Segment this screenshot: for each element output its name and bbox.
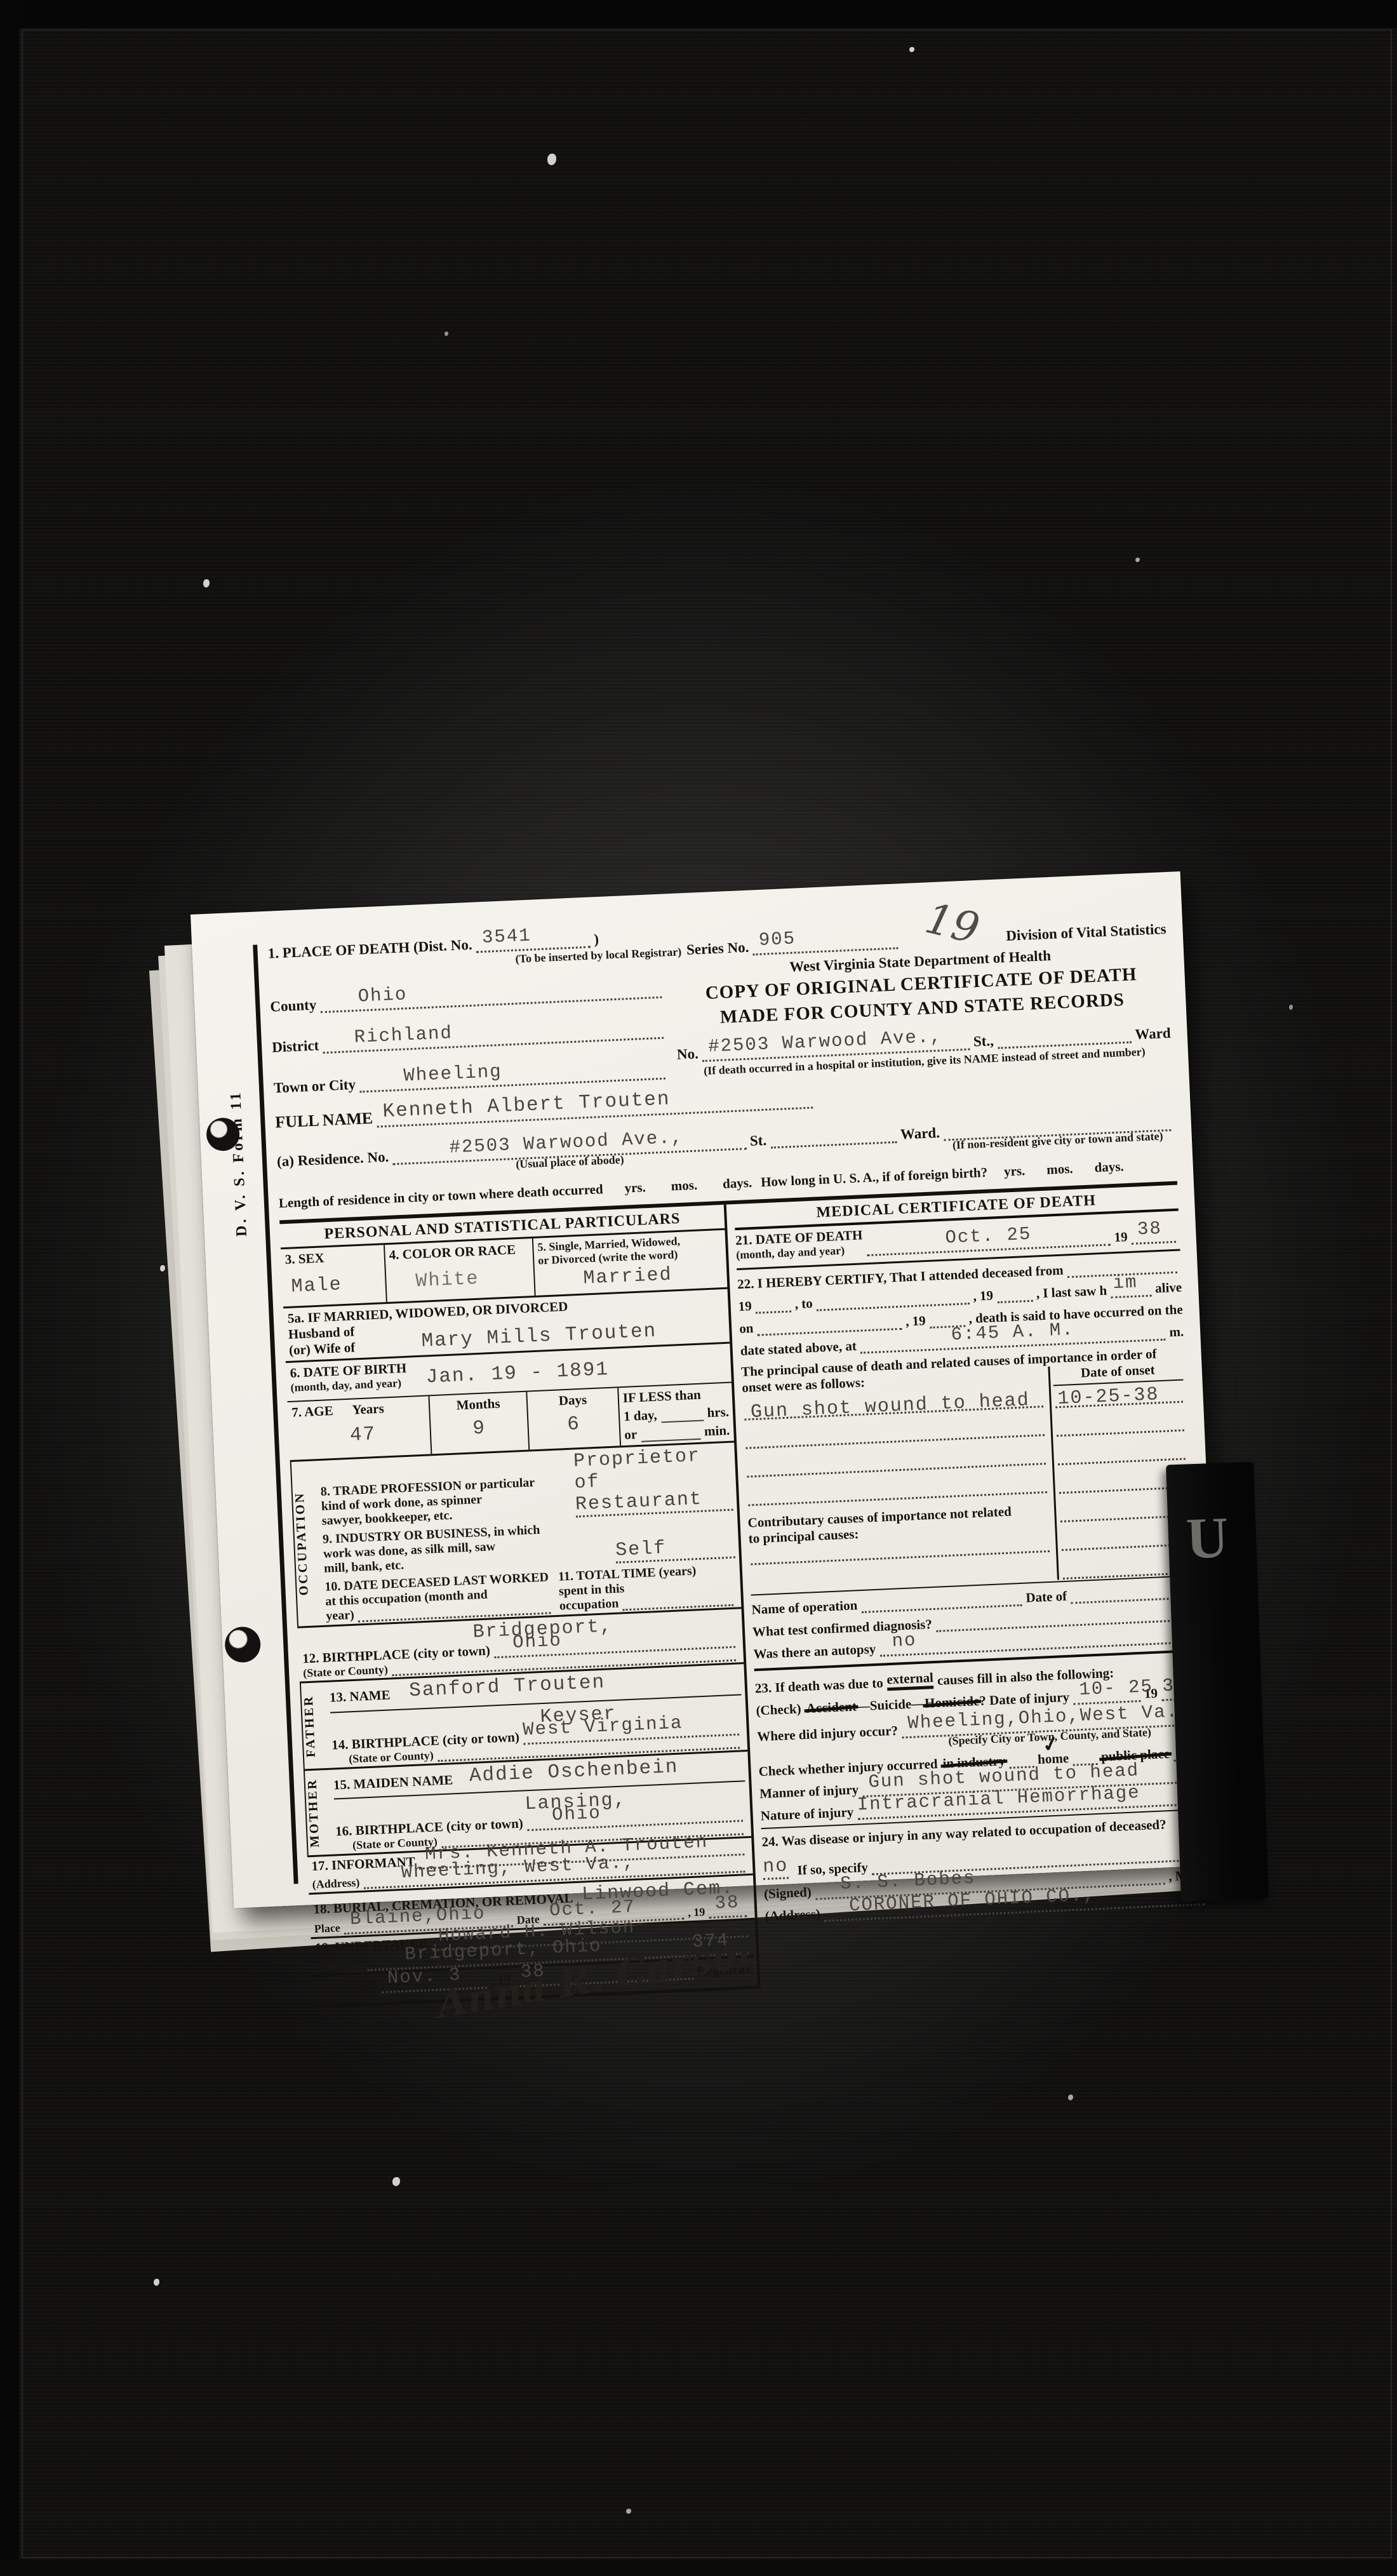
accident-option: Accident bbox=[806, 1698, 857, 1716]
birthplace-state: Ohio bbox=[512, 1630, 563, 1653]
age-months-value: 9 bbox=[434, 1416, 524, 1442]
sex-cell: 3. SEX Male bbox=[281, 1245, 386, 1306]
q24-answer: no bbox=[763, 1855, 789, 1880]
county-blank: Ohio bbox=[320, 993, 662, 1013]
length-mos: mos. bbox=[671, 1177, 697, 1195]
dod-year-value: 38 bbox=[1137, 1218, 1162, 1240]
burial-year-value: 38 bbox=[714, 1892, 740, 1914]
certify-saw: , I last saw h bbox=[1036, 1283, 1107, 1302]
full-name-label: FULL NAME bbox=[275, 1109, 373, 1132]
residence-blank: #2503 Warwood Ave., (Usual place of abod… bbox=[392, 1144, 746, 1165]
certify-blank-5 bbox=[758, 1324, 902, 1336]
certify-paragraph: 22. I HEREBY CERTIFY, That I attended de… bbox=[737, 1258, 1184, 1359]
certify-him-blank: im bbox=[1111, 1291, 1151, 1299]
town-value: Wheeling bbox=[403, 1061, 503, 1087]
birthplace-sub: (State or County) bbox=[303, 1663, 388, 1680]
mother-vertical-label: MOTHER bbox=[304, 1770, 333, 1856]
full-name-blank: Kenneth Albert Trouten bbox=[377, 1103, 813, 1128]
occupation-block: OCCUPATION 8. TRADE PROFESSION or partic… bbox=[290, 1442, 742, 1628]
father-vertical-label: FATHER bbox=[300, 1682, 329, 1769]
length-days: days. bbox=[723, 1175, 752, 1192]
race-label: 4. COLOR OR RACE bbox=[389, 1241, 529, 1263]
principal-cause-block: The principal cause of death and related… bbox=[741, 1345, 1194, 1593]
days-label: Days bbox=[531, 1391, 614, 1411]
external-word: external bbox=[886, 1670, 934, 1691]
onset-line-1: 10-25-38 bbox=[1055, 1397, 1183, 1409]
age-days-value: 6 bbox=[532, 1412, 615, 1438]
medical-column: MEDICAL CERTIFICATE OF DEATH 21. DATE OF… bbox=[724, 1185, 1212, 1989]
operation-blank bbox=[861, 1600, 1022, 1613]
dist-no-value: 3541 bbox=[481, 925, 531, 948]
residence-st-label: St. bbox=[749, 1132, 766, 1150]
certify-him-value: im bbox=[1113, 1272, 1138, 1294]
no-label: No. bbox=[676, 1045, 698, 1063]
homicide-option: Homicide bbox=[925, 1693, 980, 1712]
nonresident-note: (If non-resident give city or town and s… bbox=[952, 1130, 1163, 1152]
street-no-value: #2503 Warwood Ave., bbox=[708, 1026, 943, 1057]
certify-blank-3 bbox=[817, 1299, 970, 1311]
cause-value: Gun shot wound to head bbox=[750, 1390, 1030, 1423]
form-columns: PERSONAL AND STATISTICAL PARTICULARS 3. … bbox=[279, 1181, 1212, 2009]
form-number-vertical: D. V. S. Form 11 bbox=[225, 1036, 253, 1291]
age-years-cell: 7. AGE Years 47 bbox=[288, 1396, 431, 1460]
address-label: (Address) bbox=[765, 1906, 820, 1924]
race-value: White bbox=[415, 1266, 530, 1292]
autopsy-label: Was there an autopsy bbox=[753, 1641, 876, 1662]
dob-value: Jan. 19 - 1891 bbox=[425, 1358, 610, 1389]
dod-blank: Oct. 25 bbox=[867, 1240, 1111, 1256]
burial-year-blank: 38 bbox=[709, 1911, 747, 1919]
external-pre: 23. If death was due to bbox=[754, 1675, 883, 1697]
usa-mos: mos. bbox=[1046, 1161, 1073, 1178]
months-label: Months bbox=[434, 1395, 523, 1414]
series-label: Series No. bbox=[686, 939, 749, 958]
onset-line-3 bbox=[1058, 1454, 1186, 1465]
death-certificate-sheet: 19 D. V. S. Form 11 1. PLACE OF DEATH (D… bbox=[190, 871, 1224, 1909]
burial-place-label: Place bbox=[314, 1921, 340, 1936]
occupation-content: 8. TRADE PROFESSION or particular kind o… bbox=[316, 1442, 742, 1625]
hrs-label: hrs. bbox=[707, 1404, 729, 1421]
district-value: Richland bbox=[354, 1023, 453, 1048]
town-label: Town or City bbox=[273, 1077, 356, 1097]
autopsy-blank: no bbox=[879, 1637, 1193, 1657]
age-years-value: 47 bbox=[349, 1421, 426, 1447]
date-of-label: Date of bbox=[1026, 1588, 1067, 1606]
mother-bp-state: Ohio bbox=[551, 1802, 601, 1825]
photo-black-band-left bbox=[0, 0, 19, 2576]
race-cell: 4. COLOR OR RACE White bbox=[384, 1238, 535, 1302]
or-label: or bbox=[624, 1426, 638, 1443]
total-time-3: occupation bbox=[559, 1597, 619, 1614]
certify-time-value: 6:45 A. M. bbox=[951, 1319, 1074, 1345]
residence-ward-blank: (If non-resident give city or town and s… bbox=[944, 1125, 1171, 1141]
county-value: Ohio bbox=[358, 984, 408, 1007]
father-bp-sub: (State or County) bbox=[349, 1749, 434, 1766]
state-header-block: West Virginia State Department of Health… bbox=[664, 943, 1172, 1079]
full-name-value: Kenneth Albert Trouten bbox=[382, 1088, 671, 1123]
cause-table: onset were as follows: Gun shot wound to… bbox=[742, 1360, 1194, 1593]
signed-label: (Signed) bbox=[764, 1884, 812, 1902]
cause-left: onset were as follows: Gun shot wound to… bbox=[742, 1367, 1057, 1593]
min-blank bbox=[641, 1435, 700, 1442]
cause-line-1: Gun shot wound to head bbox=[744, 1402, 1043, 1421]
certify-at: date stated above, at bbox=[740, 1338, 857, 1359]
certify-m: m. bbox=[1169, 1324, 1184, 1340]
manner-label: Manner of injury bbox=[759, 1781, 859, 1802]
county-label: County bbox=[270, 996, 317, 1015]
hrs-blank bbox=[661, 1416, 704, 1423]
sex-value: Male bbox=[291, 1272, 382, 1298]
certify-blank-2 bbox=[756, 1306, 791, 1313]
district-blank: Richland bbox=[323, 1033, 663, 1054]
residence-st-blank bbox=[770, 1137, 897, 1149]
industry-value: Self bbox=[615, 1535, 735, 1564]
check-label: (Check) bbox=[756, 1701, 801, 1719]
marital-cell: 5. Single, Married, Widowed, or Divorced… bbox=[532, 1230, 728, 1296]
usa-yrs: yrs. bbox=[1003, 1163, 1025, 1179]
st-label: St., bbox=[973, 1033, 994, 1050]
locality-block: County Ohio District Richland Town or Ci… bbox=[269, 972, 669, 1097]
certify-on: on bbox=[739, 1320, 754, 1337]
father-name-label: 13. NAME bbox=[329, 1687, 391, 1705]
length-label: Length of residence in city or town wher… bbox=[278, 1181, 603, 1211]
dod-19-label: 19 bbox=[1114, 1229, 1128, 1245]
burial-19-label: , 19 bbox=[688, 1905, 705, 1919]
binder-clip: U bbox=[1166, 1462, 1269, 1902]
photo-background: 19 D. V. S. Form 11 1. PLACE OF DEATH (D… bbox=[0, 0, 1397, 2576]
certify-19a: 19 bbox=[738, 1298, 752, 1315]
undertaker-addr-label: (Address) bbox=[316, 1958, 364, 1973]
usa-label: How long in U. S. A., if of foreign birt… bbox=[761, 1165, 988, 1191]
dod-year-blank: 38 bbox=[1132, 1237, 1176, 1245]
form-body: 1. PLACE OF DEATH (Dist. No. 3541 ) (To … bbox=[253, 905, 1206, 1884]
certify-19c: , 19 bbox=[906, 1313, 926, 1329]
residence-label: (a) Residence. No. bbox=[277, 1149, 389, 1171]
if-less-2: 1 day, bbox=[624, 1407, 658, 1425]
residence-ward-label: Ward. bbox=[900, 1125, 940, 1143]
cause-line-2 bbox=[745, 1430, 1045, 1449]
certify-alive: alive bbox=[1155, 1279, 1182, 1296]
operation-label: Name of operation bbox=[751, 1597, 858, 1618]
onset-line-2 bbox=[1057, 1426, 1184, 1437]
cause-line-3 bbox=[747, 1459, 1046, 1478]
length-yrs: yrs. bbox=[624, 1179, 646, 1196]
series-value: 905 bbox=[758, 928, 796, 951]
age-months-cell: Months 9 bbox=[428, 1392, 528, 1454]
years-label: Years bbox=[352, 1400, 384, 1417]
last-worked-3: year) bbox=[326, 1608, 354, 1624]
trade-value-2: of Restaurant bbox=[574, 1466, 733, 1518]
injury-date-value: 10- 25 bbox=[1079, 1676, 1154, 1700]
autopsy-value: no bbox=[892, 1630, 917, 1652]
certify-blank-4 bbox=[997, 1296, 1033, 1303]
series-no-block: Series No. 905 bbox=[681, 932, 907, 958]
if-less-1: IF LESS than bbox=[622, 1386, 728, 1406]
dist-no-close: ) bbox=[594, 931, 599, 948]
informant-label: 17. INFORMANT bbox=[311, 1854, 415, 1874]
marital-value: Married bbox=[583, 1262, 723, 1290]
onset-date-value: 10-25-38 bbox=[1057, 1384, 1160, 1410]
photo-black-band-top bbox=[0, 0, 1397, 28]
if-less-cell: IF LESS than 1 day, hrs. or min. bbox=[617, 1383, 734, 1446]
series-blank: 905 bbox=[753, 943, 899, 955]
ward-label: Ward bbox=[1135, 1025, 1171, 1043]
district-label: District bbox=[272, 1037, 319, 1056]
photo-black-band-bottom bbox=[0, 2559, 1397, 2576]
hole-punch-bottom bbox=[224, 1626, 261, 1663]
nature-label: Nature of injury bbox=[760, 1804, 854, 1824]
contrib-line-1 bbox=[751, 1546, 1050, 1566]
where-label: Where did injury occur? bbox=[757, 1723, 899, 1745]
sex-label: 3. SEX bbox=[284, 1247, 380, 1268]
age-days-cell: Days 6 bbox=[526, 1388, 620, 1449]
dod-value: Oct. 25 bbox=[945, 1224, 1032, 1249]
binder-clip-u-glyph: U bbox=[1185, 1503, 1229, 1572]
mother-name-label: 15. MAIDEN NAME bbox=[333, 1772, 453, 1793]
usa-days: days. bbox=[1094, 1158, 1124, 1176]
informant-addr-label: (Address) bbox=[312, 1876, 360, 1891]
certify-to: , to bbox=[794, 1296, 813, 1312]
abode-note: (Usual place of abode) bbox=[516, 1153, 624, 1171]
suicide-option: Suicide bbox=[869, 1696, 911, 1714]
min-label: min. bbox=[704, 1423, 730, 1440]
personal-column: PERSONAL AND STATISTICAL PARTICULARS 3. … bbox=[279, 1205, 758, 2008]
father-content: 13. NAME Sanford Trouten Keyser 14. BIRT… bbox=[325, 1664, 747, 1768]
age-label: 7. AGE bbox=[291, 1403, 333, 1420]
residence-value: #2503 Warwood Ave., bbox=[449, 1127, 684, 1158]
certify-19b: , 19 bbox=[973, 1287, 994, 1304]
filed-label: 20. FILED bbox=[316, 1978, 378, 1996]
